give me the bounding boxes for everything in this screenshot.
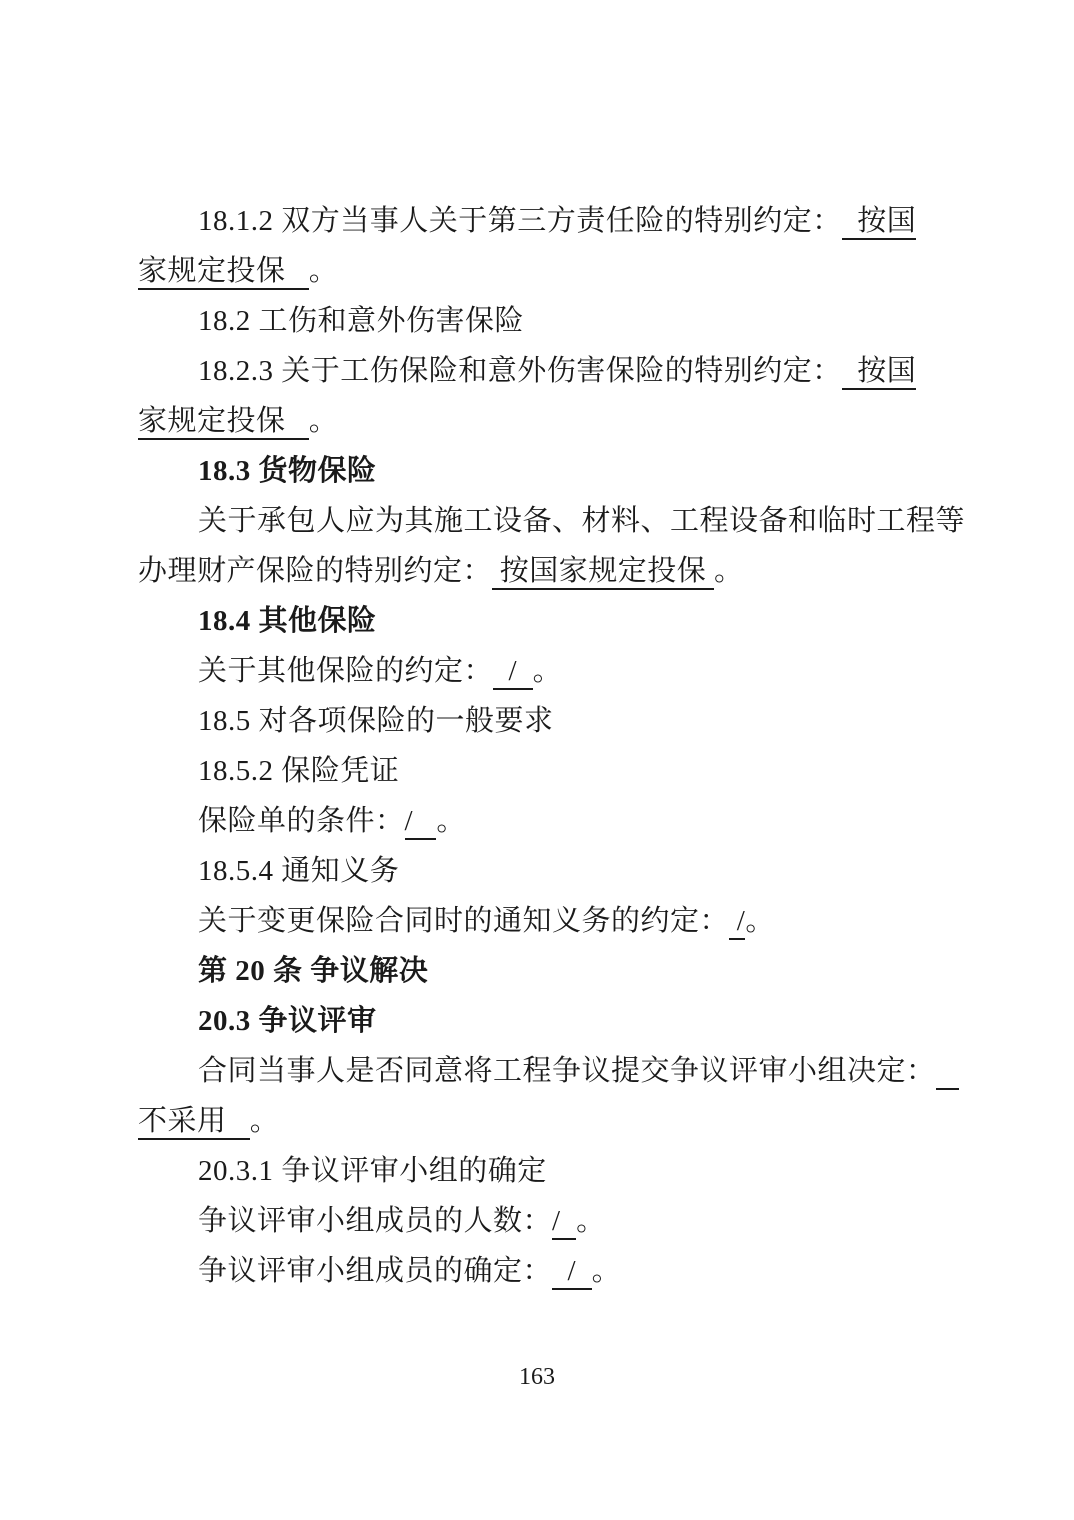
document-line-12: 18.5.2 保险凭证 bbox=[138, 746, 1018, 796]
text-segment: 关于其他保险的约定： bbox=[198, 655, 493, 687]
document-line-10: 关于其他保险的约定： / 。 bbox=[138, 646, 1018, 696]
text-segment: 。 bbox=[576, 1205, 606, 1237]
form-blank-value: 按国 bbox=[842, 205, 917, 240]
form-blank-value: 按国 bbox=[842, 355, 917, 390]
text-segment: 。 bbox=[309, 255, 339, 287]
document-line-18: 合同当事人是否同意将工程争议提交争议评审小组决定： bbox=[138, 1046, 1018, 1096]
document-line-6: 18.3 货物保险 bbox=[138, 446, 1018, 496]
form-blank-value: / bbox=[552, 1255, 592, 1290]
document-page: 18.1.2 双方当事人关于第三方责任险的特别约定： 按国家规定投保 。18.2… bbox=[0, 0, 1074, 1520]
document-line-19: 不采用 。 bbox=[138, 1096, 1018, 1146]
text-segment: 18.5 对各项保险的一般要求 bbox=[198, 705, 554, 737]
form-blank-value: 家规定投保 bbox=[138, 255, 309, 290]
form-blank-value: 不采用 bbox=[138, 1105, 250, 1140]
document-line-15: 关于变更保险合同时的通知义务的约定： /。 bbox=[138, 896, 1018, 946]
document-line-1: 18.1.2 双方当事人关于第三方责任险的特别约定： 按国 bbox=[138, 196, 1018, 246]
document-line-20: 20.3.1 争议评审小组的确定 bbox=[138, 1146, 1018, 1196]
document-line-7: 关于承包人应为其施工设备、材料、工程设备和临时工程等 bbox=[138, 496, 1018, 546]
text-segment: 办理财产保险的特别约定： bbox=[138, 555, 492, 587]
text-segment: 。 bbox=[714, 555, 744, 587]
text-segment: 20.3.1 争议评审小组的确定 bbox=[198, 1155, 547, 1187]
document-line-8: 办理财产保险的特别约定： 按国家规定投保 。 bbox=[138, 546, 1018, 596]
text-segment: 第 20 条 争议解决 bbox=[198, 955, 428, 987]
document-line-21: 争议评审小组成员的人数：/ 。 bbox=[138, 1196, 1018, 1246]
text-segment: 。 bbox=[436, 805, 466, 837]
text-segment: 关于变更保险合同时的通知义务的约定： bbox=[198, 905, 729, 937]
form-blank-value: 按国家规定投保 bbox=[492, 555, 714, 590]
document-line-3: 18.2 工伤和意外伤害保险 bbox=[138, 296, 1018, 346]
page-number: 163 bbox=[0, 1362, 1074, 1392]
document-line-16: 第 20 条 争议解决 bbox=[138, 946, 1018, 996]
form-blank-value: / bbox=[405, 805, 437, 840]
form-blank-value bbox=[936, 1055, 959, 1090]
text-segment: 。 bbox=[309, 405, 339, 437]
text-segment: 合同当事人是否同意将工程争议提交争议评审小组决定： bbox=[198, 1055, 936, 1087]
text-segment: 18.5.2 保险凭证 bbox=[198, 755, 399, 787]
document-line-22: 争议评审小组成员的确定： / 。 bbox=[138, 1246, 1018, 1296]
document-line-14: 18.5.4 通知义务 bbox=[138, 846, 1018, 896]
text-segment: 保险单的条件： bbox=[198, 805, 405, 837]
text-segment: 。 bbox=[250, 1105, 280, 1137]
document-line-9: 18.4 其他保险 bbox=[138, 596, 1018, 646]
form-blank-value: 家规定投保 bbox=[138, 405, 309, 440]
text-segment: 18.1.2 双方当事人关于第三方责任险的特别约定： bbox=[198, 205, 842, 237]
text-segment: 18.4 其他保险 bbox=[198, 605, 377, 637]
text-segment: 20.3 争议评审 bbox=[198, 1005, 377, 1037]
form-blank-value: / bbox=[729, 905, 745, 940]
document-lines: 18.1.2 双方当事人关于第三方责任险的特别约定： 按国家规定投保 。18.2… bbox=[138, 196, 1018, 1296]
form-blank-value: / bbox=[493, 655, 533, 690]
document-line-4: 18.2.3 关于工伤保险和意外伤害保险的特别约定： 按国 bbox=[138, 346, 1018, 396]
text-segment: 18.2.3 关于工伤保险和意外伤害保险的特别约定： bbox=[198, 355, 842, 387]
text-segment: 关于承包人应为其施工设备、材料、工程设备和临时工程等 bbox=[198, 505, 965, 537]
form-blank-value: / bbox=[552, 1205, 576, 1240]
document-line-11: 18.5 对各项保险的一般要求 bbox=[138, 696, 1018, 746]
document-line-5: 家规定投保 。 bbox=[138, 396, 1018, 446]
text-segment: 18.3 货物保险 bbox=[198, 455, 377, 487]
text-segment: 18.5.4 通知义务 bbox=[198, 855, 399, 887]
text-segment: 。 bbox=[745, 905, 775, 937]
document-line-13: 保险单的条件：/ 。 bbox=[138, 796, 1018, 846]
text-segment: 争议评审小组成员的确定： bbox=[198, 1255, 552, 1287]
document-line-17: 20.3 争议评审 bbox=[138, 996, 1018, 1046]
text-segment: 18.2 工伤和意外伤害保险 bbox=[198, 305, 524, 337]
document-line-2: 家规定投保 。 bbox=[138, 246, 1018, 296]
text-segment: 。 bbox=[592, 1255, 622, 1287]
text-segment: 。 bbox=[533, 655, 563, 687]
text-segment: 争议评审小组成员的人数： bbox=[198, 1205, 552, 1237]
